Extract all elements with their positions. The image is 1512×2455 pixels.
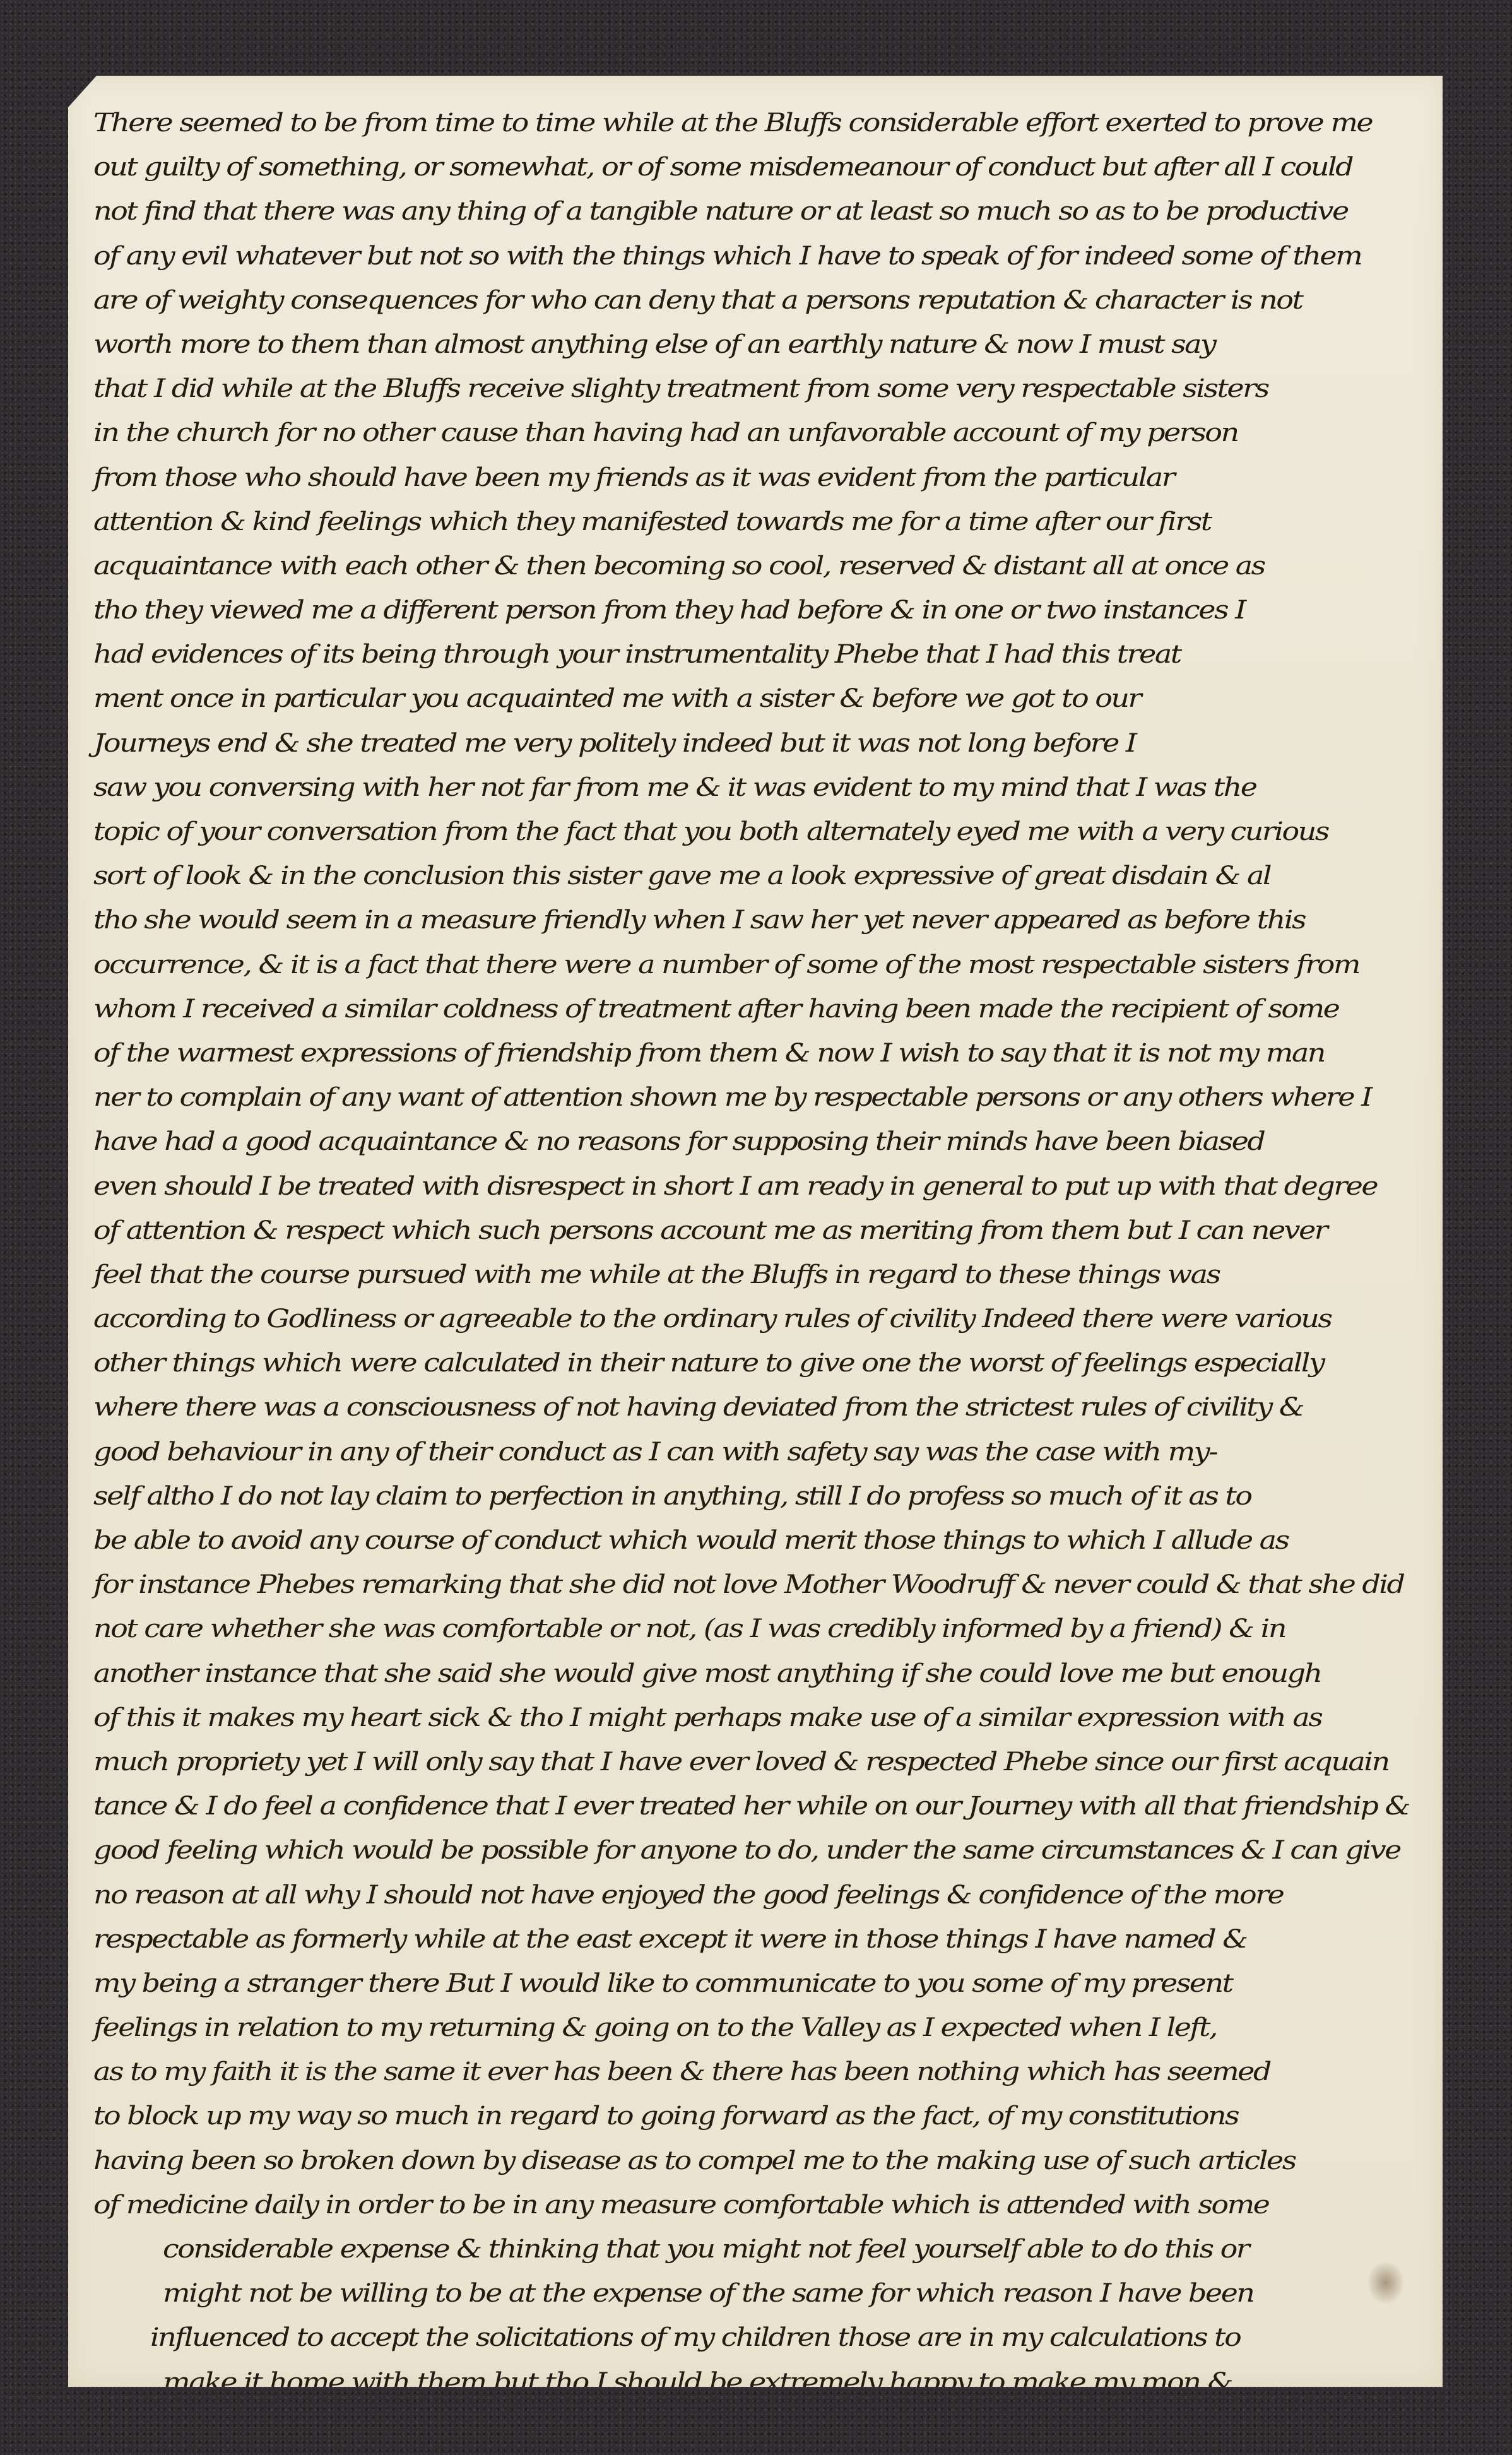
manuscript-line: tho she would seem in a measure friendly… — [93, 898, 1424, 942]
manuscript-line: There seemed to be from time to time whi… — [93, 101, 1424, 145]
manuscript-line: as to my faith it is the same it ever ha… — [93, 2050, 1424, 2094]
manuscript-line: of the warmest expressions of friendship… — [93, 1031, 1424, 1075]
manuscript-line: much propriety yet I will only say that … — [93, 1740, 1424, 1784]
manuscript-line: another instance that she said she would… — [93, 1652, 1424, 1696]
manuscript-line: had evidences of its being through your … — [93, 632, 1424, 677]
manuscript-line: respectable as formerly while at the eas… — [93, 1917, 1424, 1961]
manuscript-line: might not be willing to be at the expens… — [93, 2271, 1424, 2316]
manuscript-line: even should I be treated with disrespect… — [93, 1164, 1424, 1209]
manuscript-line: of medicine daily in order to be in any … — [93, 2183, 1424, 2227]
manuscript-line: other things which were calculated in th… — [93, 1341, 1424, 1385]
manuscript-line: be able to avoid any course of conduct w… — [93, 1518, 1424, 1563]
manuscript-line: sort of look & in the conclusion this si… — [93, 854, 1424, 898]
manuscript-page: There seemed to be from time to time whi… — [68, 76, 1443, 2387]
manuscript-line: topic of your conversation from the fact… — [93, 810, 1424, 854]
manuscript-line: for instance Phebes remarking that she d… — [93, 1563, 1424, 1607]
manuscript-line: out guilty of something, or somewhat, or… — [93, 145, 1424, 189]
manuscript-line: of any evil whatever but not so with the… — [93, 234, 1424, 278]
manuscript-line: ment once in particular you acquainted m… — [93, 677, 1424, 721]
manuscript-line: whom I received a similar coldness of tr… — [93, 987, 1424, 1031]
handwritten-text-block: There seemed to be from time to time whi… — [93, 101, 1424, 2405]
manuscript-line: no reason at all why I should not have e… — [93, 1873, 1424, 1917]
manuscript-line: to block up my way so much in regard to … — [93, 2094, 1424, 2138]
manuscript-line: of this it makes my heart sick & tho I m… — [93, 1696, 1424, 1740]
manuscript-line: Journeys end & she treated me very polit… — [93, 721, 1424, 766]
manuscript-line: ner to complain of any want of attention… — [93, 1075, 1424, 1120]
manuscript-line: considerable expense & thinking that you… — [93, 2227, 1424, 2271]
manuscript-line: worth more to them than almost anything … — [93, 322, 1424, 367]
manuscript-line: according to Godliness or agreeable to t… — [93, 1297, 1424, 1341]
manuscript-line: tho they viewed me a different person fr… — [93, 588, 1424, 632]
manuscript-line: not find that there was any thing of a t… — [93, 189, 1424, 234]
manuscript-line: good behaviour in any of their conduct a… — [93, 1430, 1424, 1474]
manuscript-line: acquaintance with each other & then beco… — [93, 544, 1424, 588]
manuscript-line: good feeling which would be possible for… — [93, 1828, 1424, 1872]
manuscript-line: not care whether she was comfortable or … — [93, 1607, 1424, 1651]
manuscript-line: from those who should have been my frien… — [93, 456, 1424, 500]
manuscript-line: tance & I do feel a confidence that I ev… — [93, 1784, 1424, 1828]
manuscript-line: that I did while at the Bluffs receive s… — [93, 367, 1424, 411]
manuscript-line: make it home with them but tho I should … — [93, 2360, 1424, 2405]
manuscript-line: saw you conversing with her not far from… — [93, 766, 1424, 810]
manuscript-line: of attention & respect which such person… — [93, 1209, 1424, 1253]
manuscript-line: feelings in relation to my returning & g… — [93, 2006, 1424, 2050]
manuscript-line: in the church for no other cause than ha… — [93, 411, 1424, 455]
manuscript-line: having been so broken down by disease as… — [93, 2139, 1424, 2183]
manuscript-line: my being a stranger there But I would li… — [93, 1961, 1424, 2006]
manuscript-line: occurrence, & it is a fact that there we… — [93, 943, 1424, 987]
manuscript-line: attention & kind feelings which they man… — [93, 500, 1424, 544]
manuscript-line: where there was a consciousness of not h… — [93, 1385, 1424, 1429]
manuscript-line: are of weighty consequences for who can … — [93, 278, 1424, 322]
manuscript-line: feel that the course pursued with me whi… — [93, 1253, 1424, 1297]
manuscript-line: influenced to accept the solicitations o… — [93, 2316, 1424, 2360]
manuscript-line: self altho I do not lay claim to perfect… — [93, 1474, 1424, 1518]
manuscript-line: have had a good acquaintance & no reason… — [93, 1120, 1424, 1164]
